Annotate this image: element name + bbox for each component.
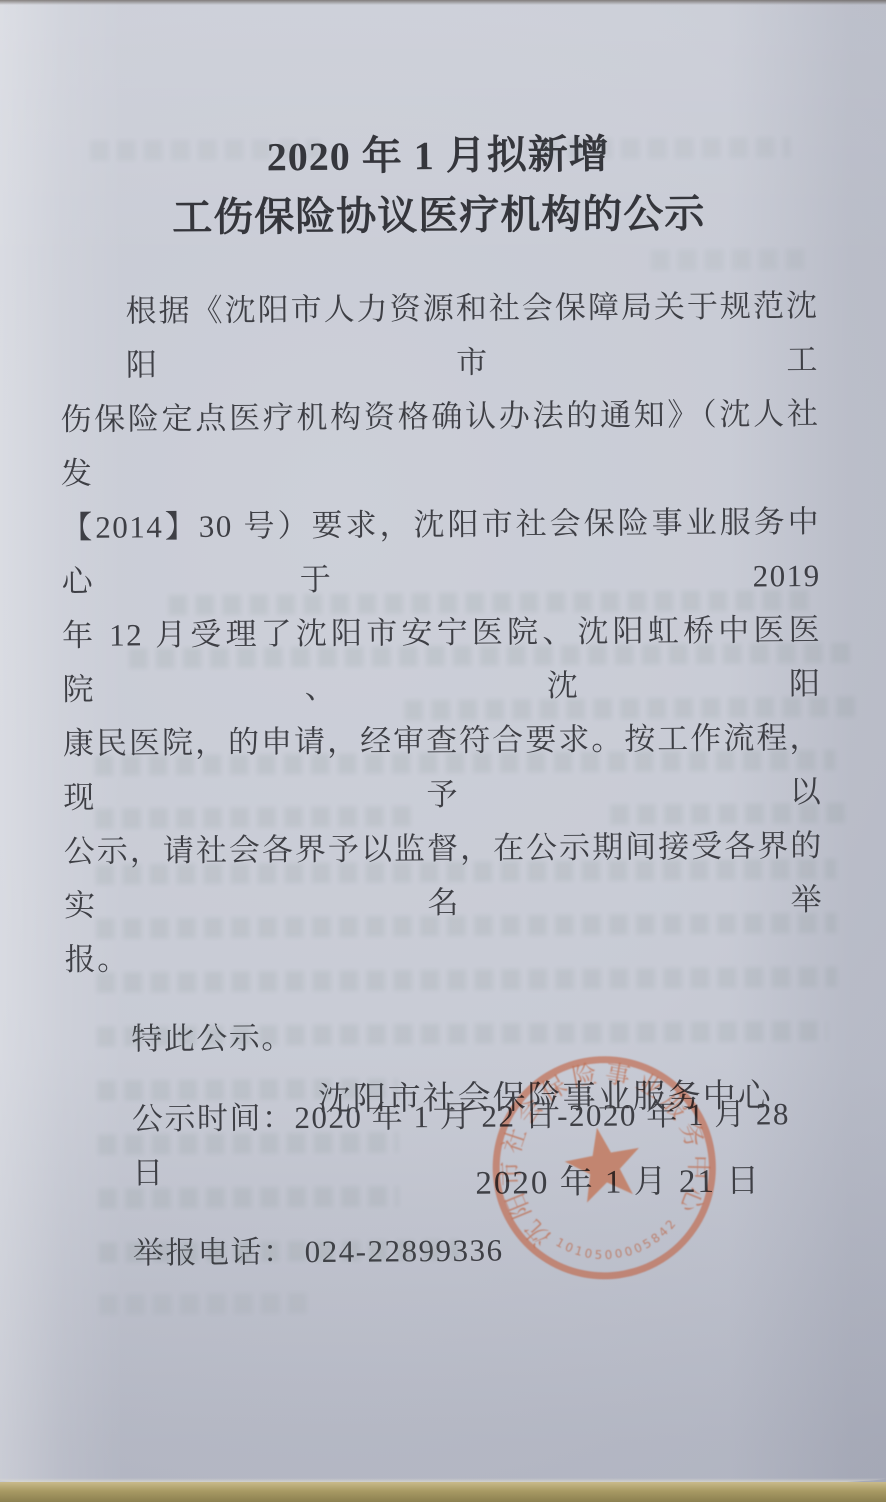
body-line: 根据《沈阳市人力资源和社会保障局关于规范沈阳市工 bbox=[59, 279, 819, 393]
body-line: 公示，请社会各界予以监督，在公示期间接受各界的实名举 bbox=[64, 819, 824, 933]
body-line: 【2014】30 号）要求，沈阳市社会保险事业服务中心于 2019 bbox=[61, 495, 821, 609]
title-line-1: 2020 年 1 月拟新增 bbox=[0, 123, 882, 190]
body-line: 康民医院，的申请，经审查符合要求。按工作流程，现予以 bbox=[63, 711, 823, 825]
body-line: 年 12 月受理了沈阳市安宁医院、沈阳虹桥中医医院、沈阳 bbox=[62, 603, 822, 717]
body-paragraph: 根据《沈阳市人力资源和社会保障局关于规范沈阳市工 伤保险定点医疗机构资格确认办法… bbox=[59, 279, 823, 987]
table-surface bbox=[0, 1482, 886, 1502]
seal-star-icon bbox=[560, 1121, 647, 1205]
body-line: 报。 bbox=[64, 927, 823, 987]
bleedthrough-ghost-text bbox=[99, 1293, 309, 1315]
title-line-2: 工伤保险协议医疗机构的公示 bbox=[0, 183, 882, 250]
closing-line: 特此公示。 bbox=[65, 1007, 824, 1067]
body-line: 伤保险定点医疗机构资格确认办法的通知》（沈人社发 bbox=[60, 387, 820, 501]
document-photo: 2020 年 1 月拟新增 工伤保险协议医疗机构的公示 根据《沈阳市人力资源和社… bbox=[0, 0, 886, 1502]
official-seal: 沈阳市社会保险事业服务中心 210105000058428 bbox=[466, 1029, 743, 1306]
page-title: 2020 年 1 月拟新增 工伤保险协议医疗机构的公示 bbox=[0, 123, 882, 250]
notice-page: 2020 年 1 月拟新增 工伤保险协议医疗机构的公示 根据《沈阳市人力资源和社… bbox=[0, 0, 886, 1502]
bleedthrough-ghost-text bbox=[651, 249, 811, 270]
